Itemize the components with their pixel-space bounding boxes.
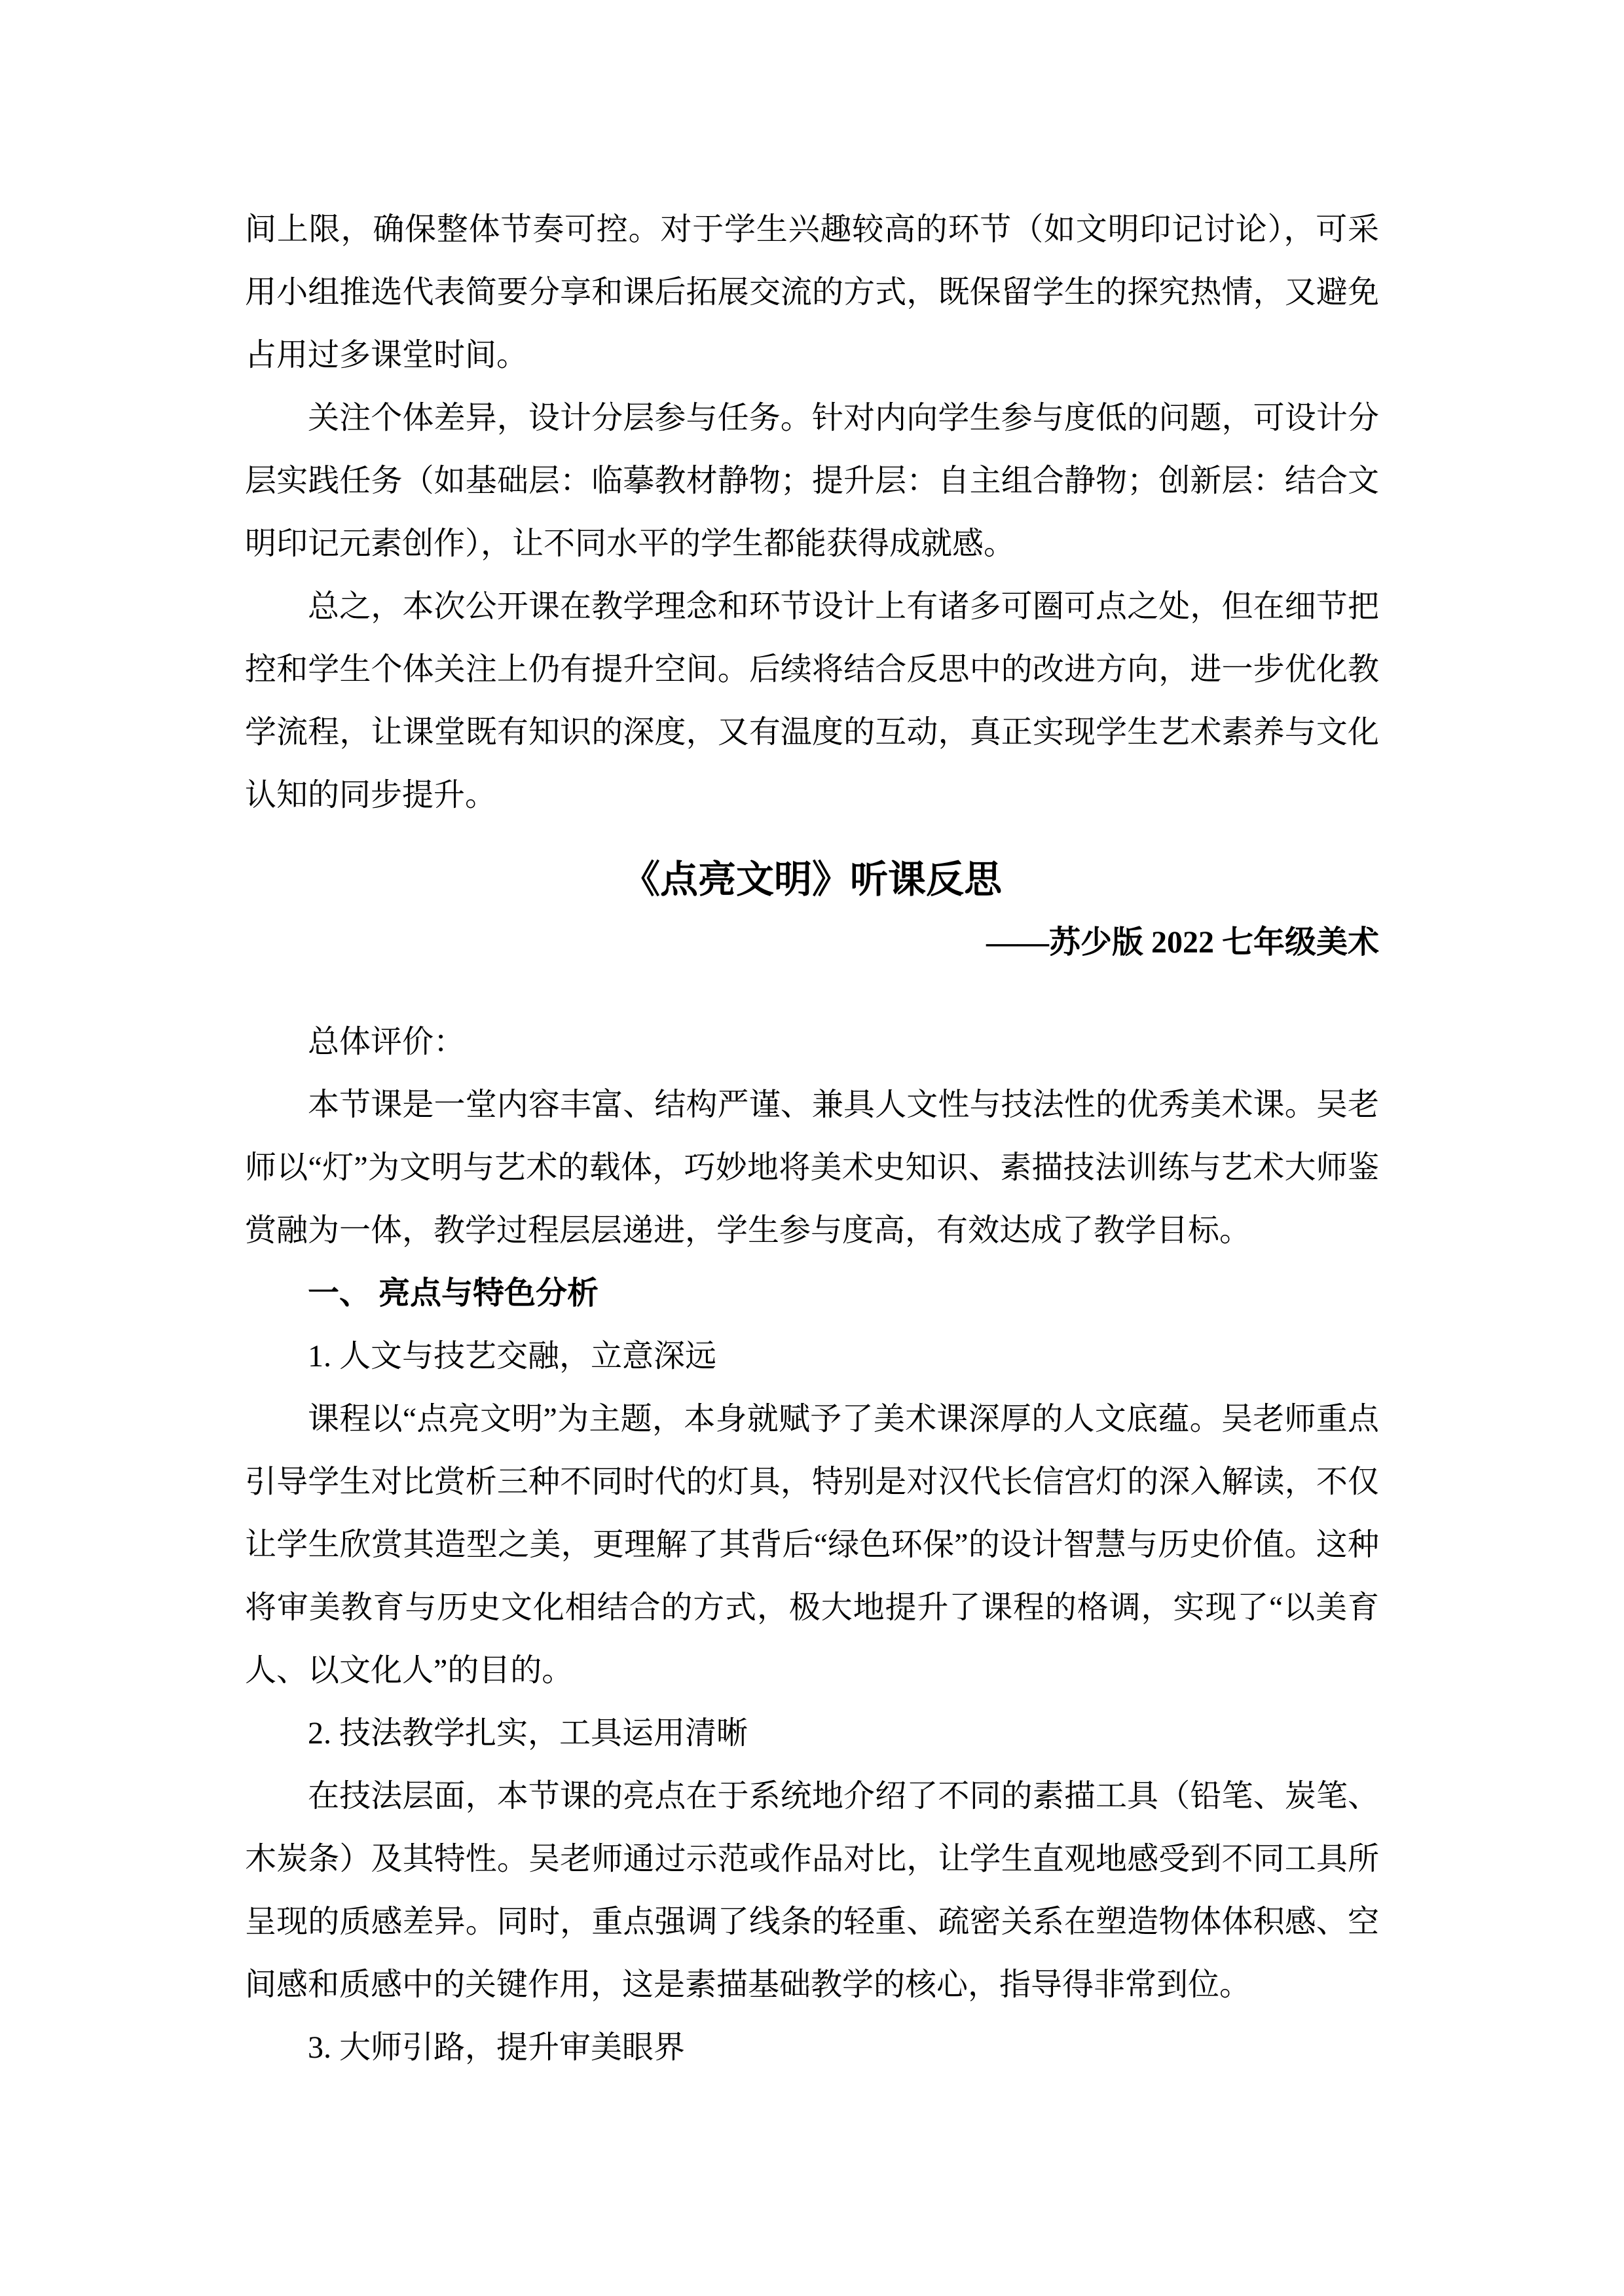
section-1-heading: 一、 亮点与特色分析 xyxy=(245,1262,1379,1325)
highlight-item-2-paragraph: 在技法层面，本节课的亮点在于系统地介绍了不同的素描工具（铅笔、炭笔、木炭条）及其… xyxy=(245,1765,1379,2016)
highlight-item-3-title: 3. 大师引路，提升审美眼界 xyxy=(245,2016,1379,2079)
document-subtitle: ——苏少版 2022 七年级美术 xyxy=(245,911,1379,974)
continuation-paragraph-3: 总之，本次公开课在教学理念和环节设计上有诸多可圈可点之处，但在细节把控和学生个体… xyxy=(245,575,1379,827)
document-title: 《点亮文明》听课反思 xyxy=(245,848,1379,911)
overall-evaluation-label: 总体评价： xyxy=(245,1011,1379,1074)
document-page: 间上限，确保整体节奏可控。对于学生兴趣较高的环节（如文明印记讨论），可采用小组推… xyxy=(0,0,1624,2296)
overall-evaluation-paragraph: 本节课是一堂内容丰富、结构严谨、兼具人文性与技法性的优秀美术课。吴老师以“灯”为… xyxy=(245,1074,1379,1262)
highlight-item-1-title: 1. 人文与技艺交融，立意深远 xyxy=(245,1325,1379,1388)
document-body: 间上限，确保整体节奏可控。对于学生兴趣较高的环节（如文明印记讨论），可采用小组推… xyxy=(245,198,1379,2079)
continuation-paragraph-2: 关注个体差异，设计分层参与任务。针对内向学生参与度低的问题，可设计分层实践任务（… xyxy=(245,387,1379,575)
continuation-paragraph-1: 间上限，确保整体节奏可控。对于学生兴趣较高的环节（如文明印记讨论），可采用小组推… xyxy=(245,198,1379,387)
highlight-item-1-paragraph: 课程以“点亮文明”为主题，本身就赋予了美术课深厚的人文底蕴。吴老师重点引导学生对… xyxy=(245,1388,1379,1702)
highlight-item-2-title: 2. 技法教学扎实，工具运用清晰 xyxy=(245,1702,1379,1765)
